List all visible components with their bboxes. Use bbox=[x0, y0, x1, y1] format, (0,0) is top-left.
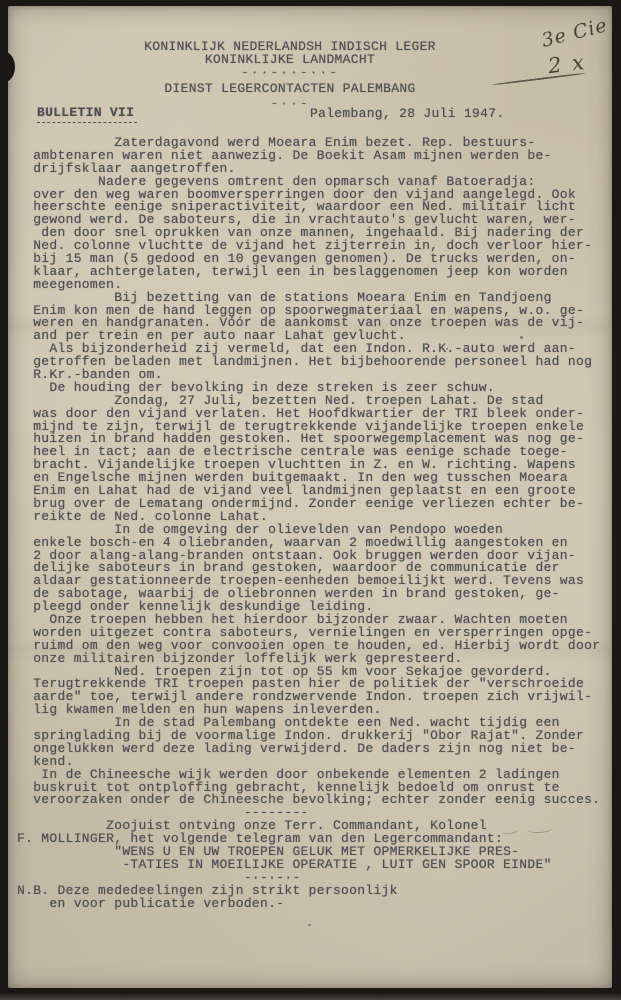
bulletin-body-text: Zaterdagavond werd Moeara Enim bezet. Re… bbox=[17, 137, 609, 910]
dateline: Palembang, 28 Juli 1947. bbox=[310, 107, 504, 120]
ink-speck bbox=[103, 748, 105, 751]
scanner-bed-edge bbox=[0, 994, 621, 1000]
ink-speck bbox=[520, 336, 523, 339]
document-page: KONINKLIJK NEDERLANDSH INDISCH LEGER KON… bbox=[8, 6, 612, 988]
ink-speck bbox=[446, 348, 448, 350]
header-separator-1: -··-··-··- bbox=[8, 66, 572, 79]
typed-line: en voor publicatie verboden.- bbox=[17, 898, 609, 911]
handwritten-annotation-unit: 3e Cie bbox=[539, 14, 610, 52]
faint-pencil-mark bbox=[500, 824, 558, 836]
ink-speck bbox=[308, 924, 311, 926]
scanned-document: { "document": { "header": { "org_line1":… bbox=[0, 0, 621, 1000]
service-name: DIENST LEGERCONTACTEN PALEMBANG bbox=[8, 82, 572, 95]
typed-line: ongelukken werd deze lading verwijderd. … bbox=[17, 743, 609, 756]
bulletin-title: BULLETIN VII bbox=[37, 106, 137, 123]
